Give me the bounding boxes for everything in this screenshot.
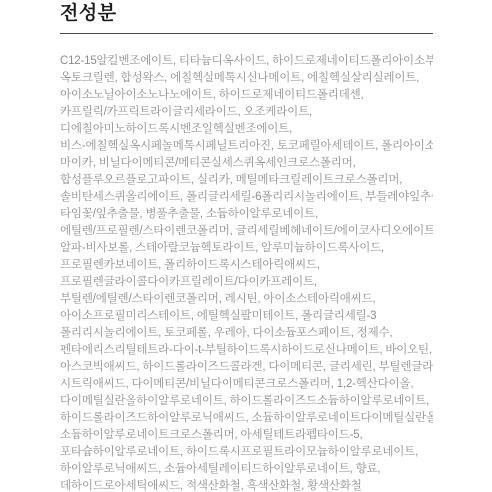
ingredient-line: 하이알루로닉애씨드, 소듐아세틸레이티드하이알루로네이트, 향료,	[60, 461, 433, 478]
ingredient-line: 포타슘하이알루로네이트, 하이드록시프로필트라이모늄하이알루로네이트,	[60, 444, 433, 461]
ingredient-line: 하이드롤라이즈드하이알루로닉애씨드, 소듐하이알루로네이트다이메틸실란올,	[60, 410, 433, 427]
ingredient-line: 아이소노닐아이소노나노에이트, 하이드로제네이티드폴리데센,	[60, 87, 433, 104]
ingredient-line: 펜타에리스리틸테트라-다이-t-부틸하이드록시하이드로신나메이트, 바이오틴,	[60, 342, 433, 359]
ingredient-line: 합성플루오르플로고파이트, 실리카, 메틸메타크릴레이트크로스폴리머,	[60, 172, 433, 189]
section-title: 전성분	[60, 4, 433, 24]
ingredient-line: 마이카, 비닐다이메티콘/메티콘실세스퀴옥세인크로스폴리머,	[60, 155, 433, 172]
ingredient-line: 타임꽃/잎추출물, 병풀추출물, 소듐하이알루로네이트,	[60, 206, 433, 223]
ingredient-line: 시트릭애씨드, 다이메티콘/비닐다이메티콘크로스폴리머, 1,2-헥산다이올,	[60, 376, 433, 393]
ingredient-line: 알파-비사보롤, 스테아랄코늄헥토라이트, 알루미늄하이드록사이드,	[60, 240, 433, 257]
ingredient-line: 솔비탄세스퀴올리에이트, 폴리글리세릴-6폴리리시놀리에이트, 부들레야잎추출물…	[60, 189, 433, 206]
ingredients-section: 전성분 C12-15알킬벤조에이트, 티타늄디옥사이드, 하이드로제네이티드폴리…	[0, 0, 492, 492]
ingredient-line: 다이메틸실란올하이알루로네이트, 하이드롤라이즈드소듐하이알루로네이트,	[60, 393, 433, 410]
ingredient-line: 데하이드로아세틱애씨드, 적색산화철, 흑색산화철, 황색산화철	[60, 478, 433, 492]
ingredient-line: 프로필렌카보네이트, 폴리하이드록시스테아릭애씨드,	[60, 257, 433, 274]
ingredient-line: 소듐하이알루로네이트크로스폴리머, 아세틸테트라펩타이드-5,	[60, 427, 433, 444]
ingredient-line: 디에칠아미노하이드록시벤조일헥실벤조에이트,	[60, 121, 433, 138]
ingredient-line: 비스-에칠헥실옥시페놀메톡시페닐트리아진, 토코페릴아세테이트, 폴리아이소부텐…	[60, 138, 433, 155]
ingredient-line: 부틸렌/에틸렌/스타이렌코폴리머, 레시틴, 아이소스테아릭애씨드,	[60, 291, 433, 308]
ingredient-list: C12-15알킬벤조에이트, 티타늄디옥사이드, 하이드로제네이티드폴리아이소부…	[60, 53, 433, 492]
ingredient-line: 폴리리시놀리에이트, 토코페롤, 우레아, 다이소듐포스페이트, 정제수,	[60, 325, 433, 342]
ingredient-line: 아스코빅애씨드, 하이드롤라이즈드콜라겐, 다이메티콘, 글리세린, 부틸렌글라…	[60, 359, 433, 376]
section-divider	[60, 33, 433, 34]
ingredient-line: 에틸렌/프로필렌/스타이렌코폴리머, 글리세릴베헤네이트/에이코사디오에이트,	[60, 223, 433, 240]
ingredient-line: 카프릴릭/카프릭트라이글리세라이드, 오조케라이트,	[60, 104, 433, 121]
ingredient-line: 아이소프로필미리스테이트, 에틸헥실팔미테이트, 폴리글리세릴-3	[60, 308, 433, 325]
ingredient-line: C12-15알킬벤조에이트, 티타늄디옥사이드, 하이드로제네이티드폴리아이소부…	[60, 53, 433, 70]
ingredient-line: 옥토크릴렌, 합성왁스, 에칠헥실메톡시신나메이트, 에칠헥실살리실레이트,	[60, 70, 433, 87]
ingredient-line: 프로필렌글라이콜다이카프릴레이트/다이카프레이트,	[60, 274, 433, 291]
